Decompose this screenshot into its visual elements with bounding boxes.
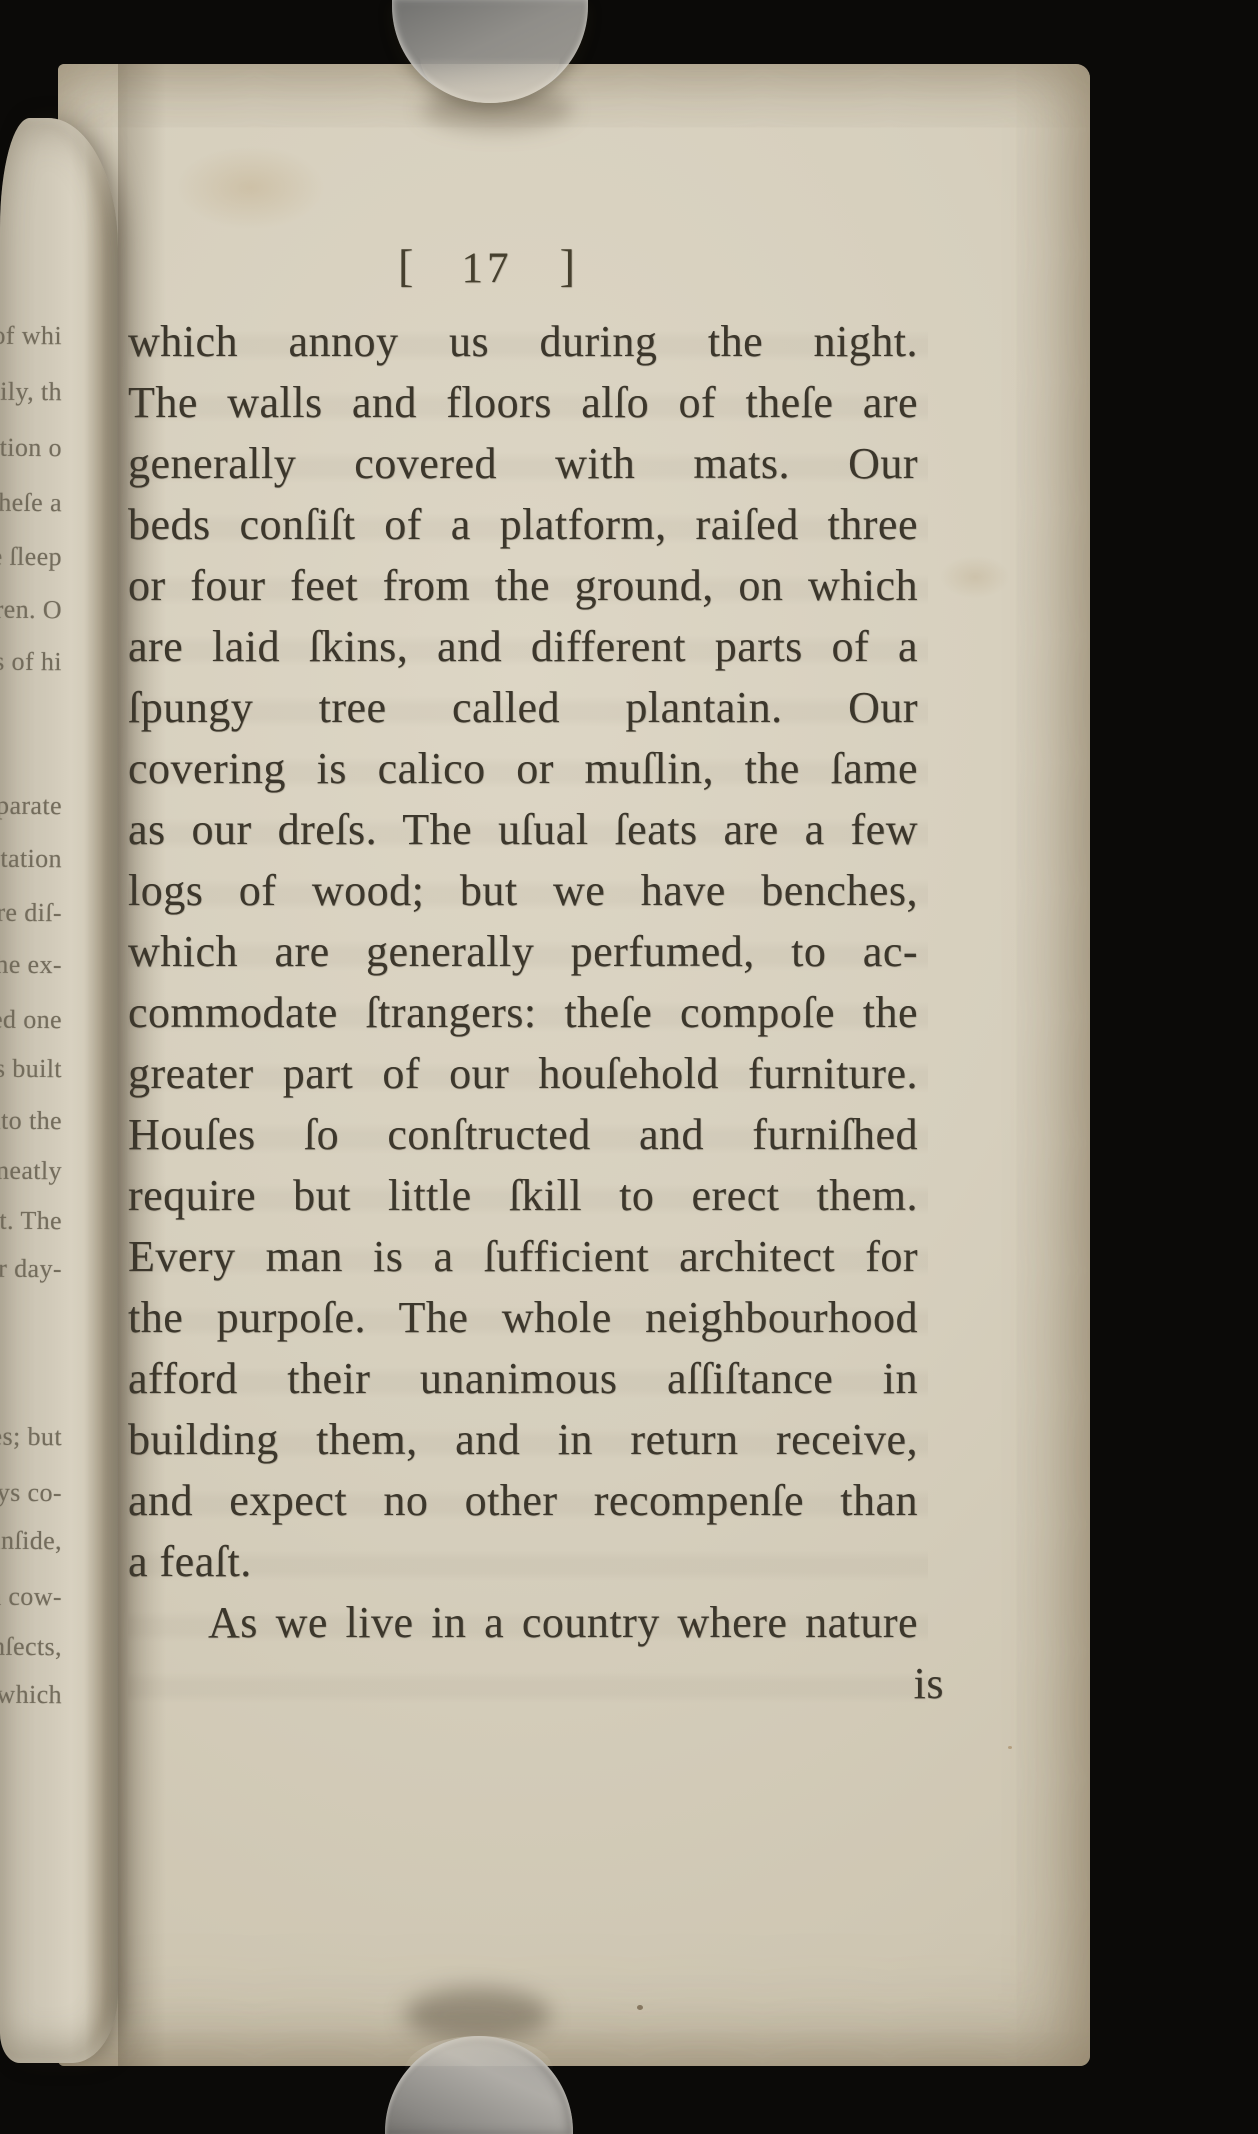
clip-shadow-bottom [405,1988,550,2042]
text-line: ſpungy tree called plantain. Our [128,677,918,738]
text-line: the purpoſe. The whole neighbourhood [128,1287,918,1348]
paper-speck [637,2005,643,2010]
text-line: Houſes ſo conſtructed and furniſhed [128,1104,918,1165]
text-line: beds conſiſt of a platform, raiſed three [128,494,918,555]
text-line: building them, and in return receive, [128,1409,918,1470]
text-line: afford their unanimous aſſiſtance in [128,1348,918,1409]
text-line: or four feet from the ground, on which [128,555,918,616]
text-line: which are generally perfumed, to ac- [128,921,918,982]
page-number: 17 [462,234,513,301]
text-line: covering is calico or muſlin, the ſame [128,738,918,799]
text-line: require but little ſkill to erect them. [128,1165,918,1226]
right-bracket: ] [560,234,576,298]
text-line: generally covered with mats. Our [128,433,918,494]
text-line: and expect no other recompenſe than [128,1470,918,1531]
catchword-row: is [128,1653,918,1714]
text-line: are laid ſkins, and different parts of a [128,616,918,677]
text-line: As we live in a country where nature [128,1592,918,1653]
paper-stain [940,555,1010,599]
text-line: Every man is a ſufficient architect for [128,1226,918,1287]
page-number-header: [ 17 ] [398,234,576,301]
body-text: which annoy us during the night. The wal… [128,311,918,1653]
paper-stain [175,145,325,230]
text-line: logs of wood; but we have benches, [128,860,918,921]
left-bracket: [ [398,234,414,298]
catchword: is [128,1653,944,1714]
text-line: which annoy us during the night. [128,311,918,372]
book-scan-stage: of whi mily, th eption o s theſe a he ſl… [0,0,1258,2134]
previous-page-edge [0,118,118,2063]
text-line: as our dreſs. The uſual ſeats are a few [128,799,918,860]
text-line: a feaſt. [128,1531,918,1592]
text-line: commodate ſtrangers: theſe compoſe the [128,982,918,1043]
text-line: greater part of our houſehold furniture. [128,1043,918,1104]
text-line: The walls and floors alſo of theſe are [128,372,918,433]
